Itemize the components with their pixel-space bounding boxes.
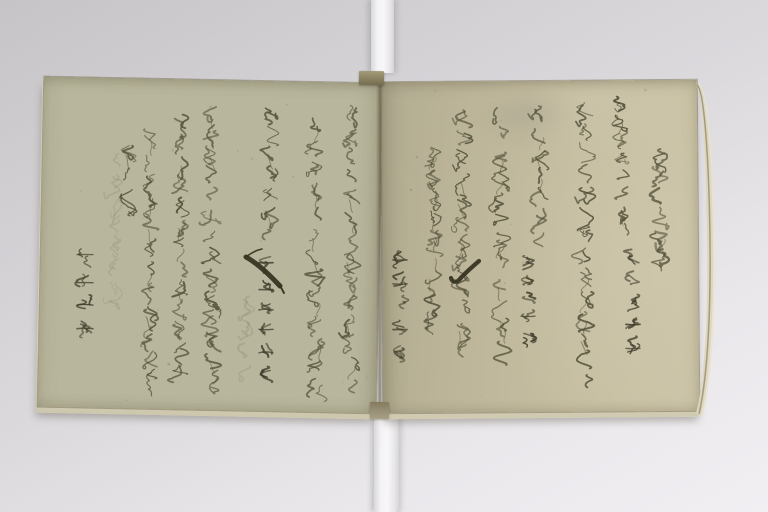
binding-tab-bottom [370, 402, 389, 419]
left-page [38, 77, 383, 414]
support-strip-top [371, 0, 394, 73]
center-gutter-shadow [376, 82, 383, 413]
calligraphy-transcriptions: 五月雨の、しをななすかこうみゆきし人のことは藤原定家卿たくくしほふるきころしけり… [0, 0, 1, 1]
right-page [381, 80, 700, 413]
binding-tab-top [359, 71, 384, 85]
support-strip-bottom [374, 416, 400, 512]
fore-edge-page-stack [686, 76, 726, 421]
photo-of-open-manuscript: 五月雨の、しをななすかこうみゆきし人のことは藤原定家卿たくくしほふるきころしけり… [0, 0, 768, 512]
